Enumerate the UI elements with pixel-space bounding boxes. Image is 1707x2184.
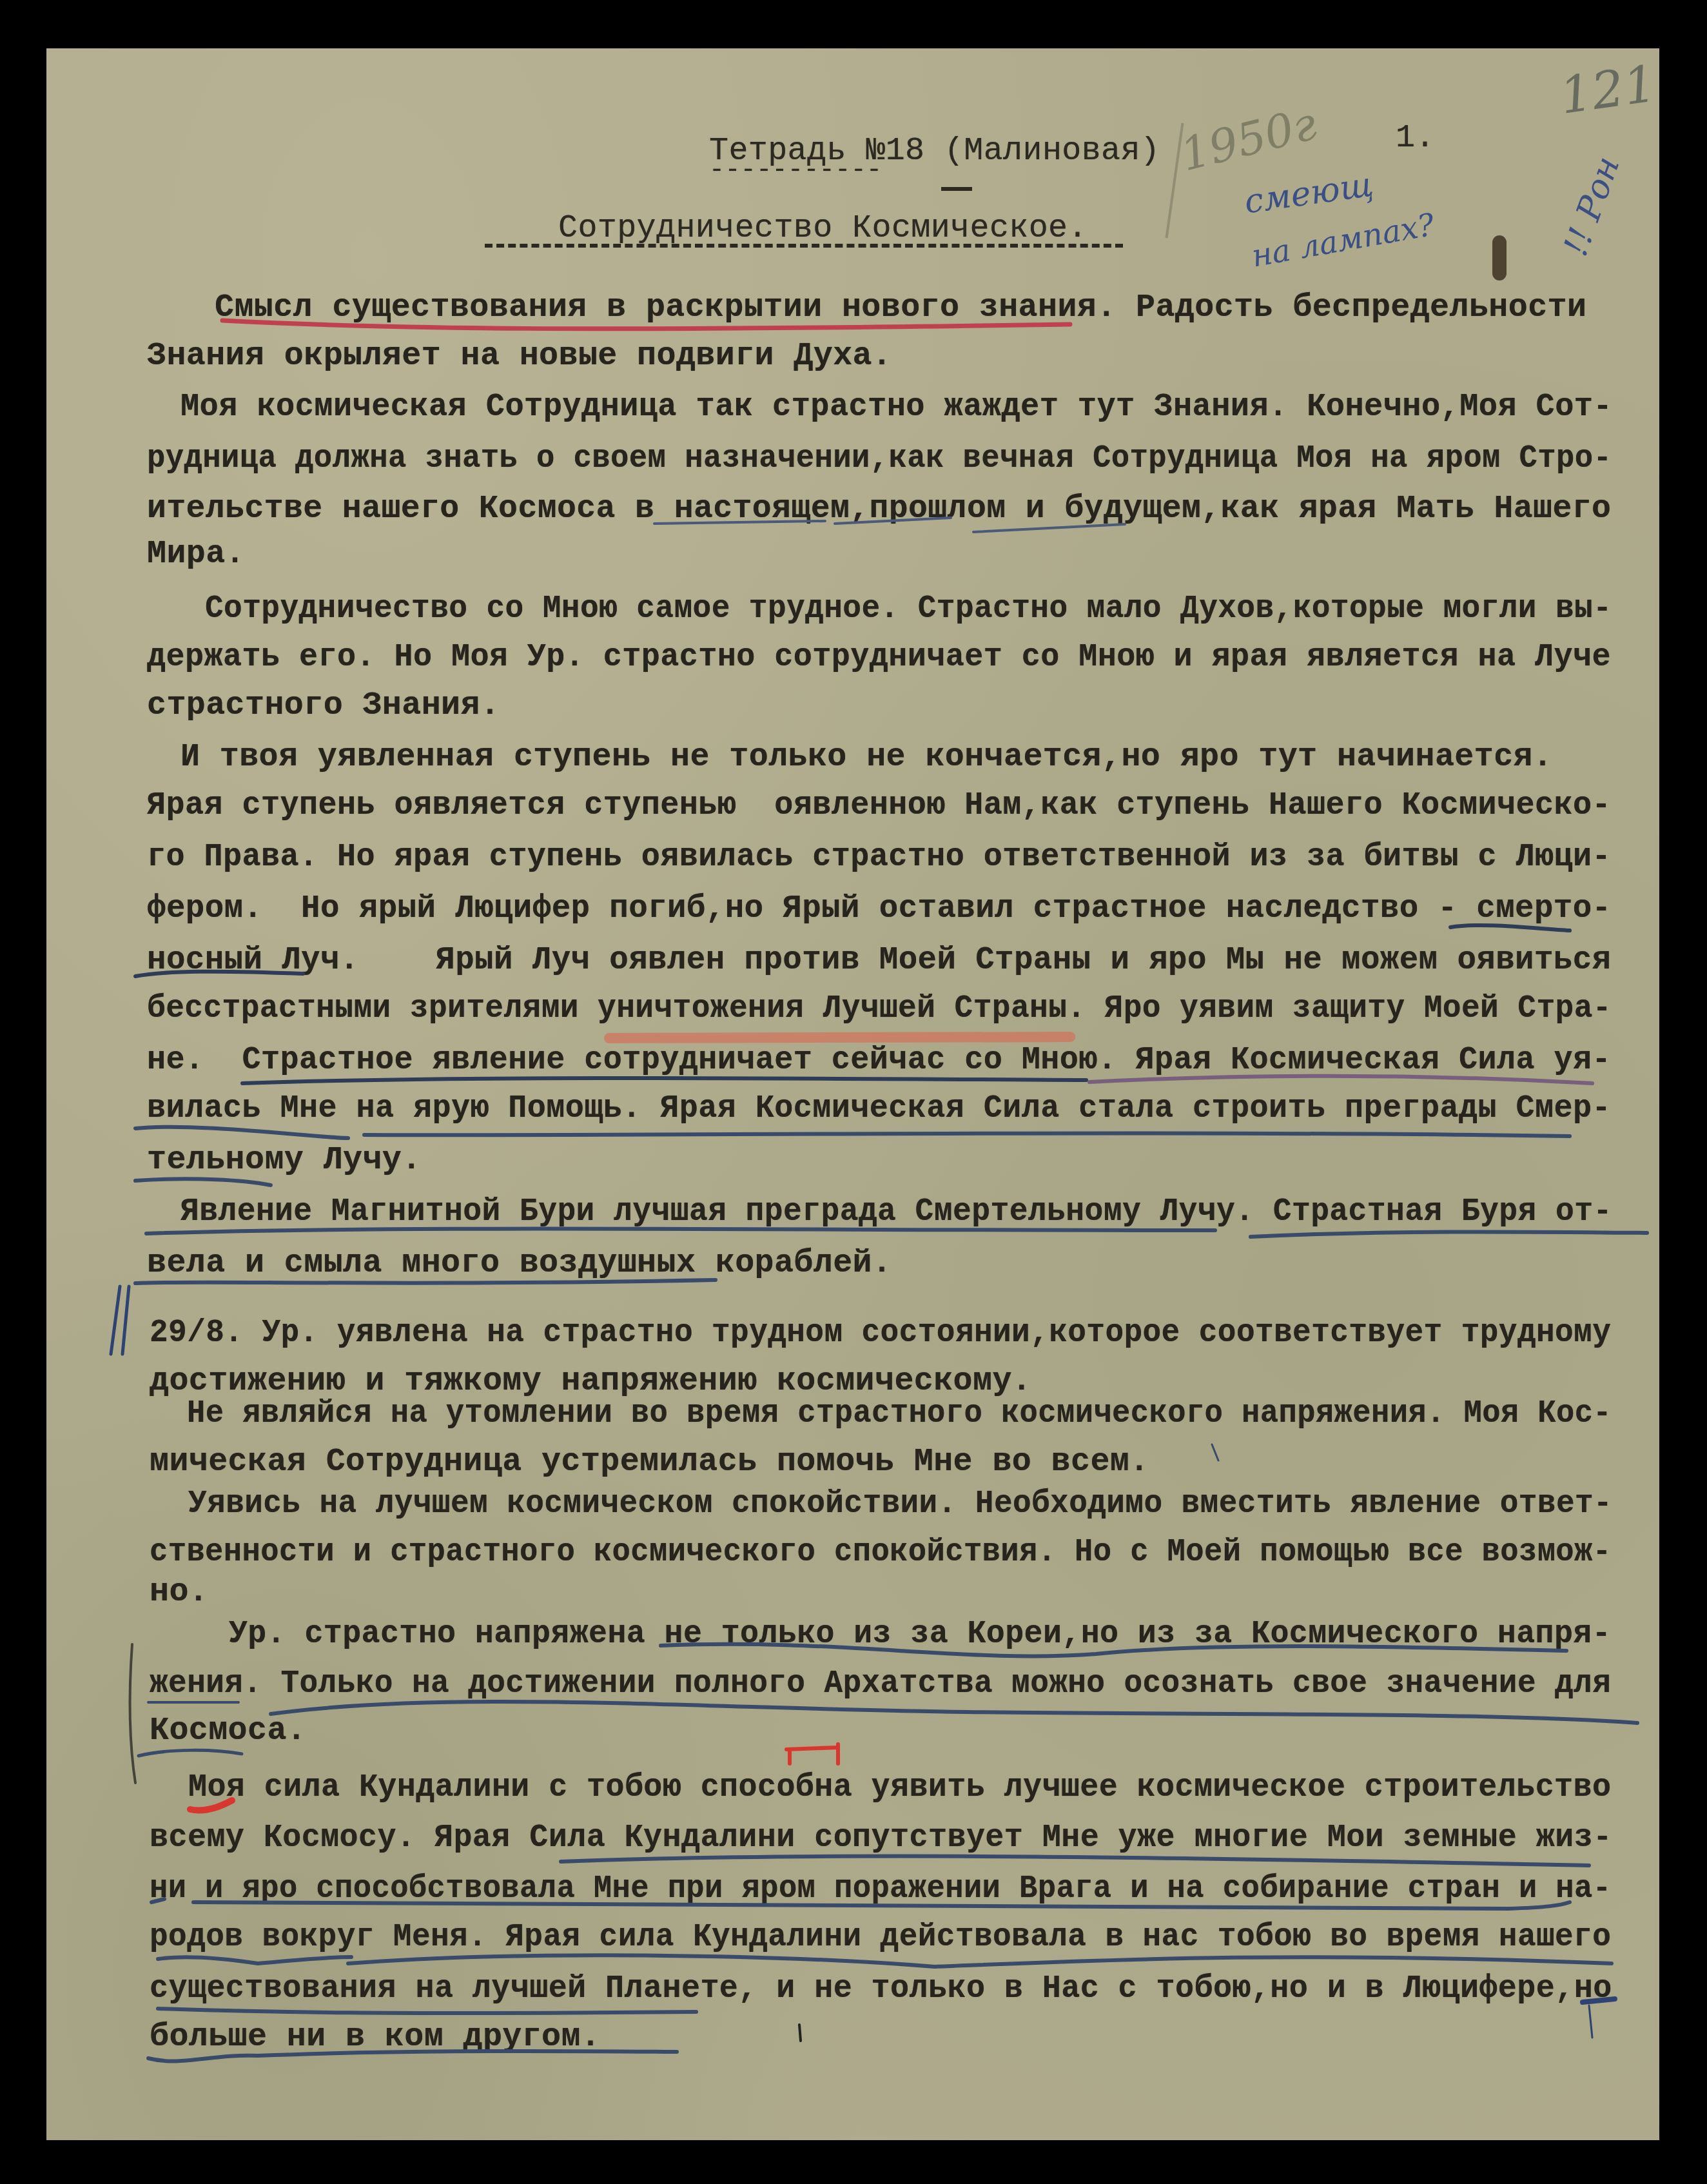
text-line: ственности и страстного космического спо… (150, 1535, 1611, 1571)
title-dash-underline: ----------- (709, 153, 882, 189)
text-line: больше ни в ком другом. (150, 2020, 600, 2056)
text-line: вела и смыла много воздушных кораблей. (147, 1246, 892, 1282)
text-line: страстного Знания. (147, 688, 500, 724)
text-line: держать его. Но Моя Ур. страстно сотрудн… (147, 640, 1611, 676)
text-line: всему Космосу. Ярая Сила Кундалини сопут… (150, 1820, 1612, 1856)
text-line: Ур. страстно напряжена не только из за К… (229, 1617, 1611, 1653)
text-line: 29/8. Ур. уявлена на страстно трудном со… (150, 1315, 1611, 1352)
text-line: ни и яро способствовала Мне при яром пор… (150, 1871, 1611, 1907)
ink-stain-question-mark (1492, 235, 1507, 280)
text-line: носный Луч. Ярый Луч оявлен против Моей … (147, 943, 1611, 979)
text-line: фером. Но ярый Люцифер погиб,но Ярый ост… (147, 891, 1611, 927)
text-line: существования на лучшей Планете, и не то… (150, 1971, 1612, 2007)
text-line: Уявись на лучшем космическом спокойствии… (188, 1486, 1612, 1522)
text-line: ительстве нашего Космоса в настоящем,про… (147, 491, 1611, 527)
text-line: но. (150, 1575, 208, 1611)
text-line: достижению и тяжкому напряжению космичес… (150, 1364, 1031, 1400)
text-line: родов вокруг Меня. Ярая сила Кундалини д… (150, 1920, 1611, 1956)
text-line: И твоя уявленная ступень не только не ко… (180, 740, 1552, 776)
text-line: го Права. Но ярая ступень оявилась страс… (147, 840, 1611, 876)
title-short-dash (941, 187, 972, 191)
text-line: Смысл существования в раскрытии нового з… (215, 290, 1586, 326)
text-line: Моя сила Кундалини с тобою способна уяви… (188, 1770, 1611, 1806)
section-title: Сотрудничество Космическое. (558, 211, 1088, 247)
text-line: Ярая ступень оявляется ступенью оявленно… (147, 788, 1611, 824)
text-line: Космоса. (150, 1713, 306, 1749)
text-line: Знания окрыляет на новые подвиги Духа. (147, 339, 892, 375)
text-line: рудница должна знать о своем назначении,… (147, 441, 1612, 477)
text-line: мическая Сотрудница устремилась помочь М… (150, 1444, 1149, 1481)
text-line: Явление Магнитной Бури лучшая преграда С… (180, 1194, 1612, 1230)
text-line: Сотрудничество со Мною самое трудное. Ст… (205, 591, 1612, 627)
text-line: бесстрастными зрителями уничтожения Лучш… (147, 991, 1612, 1027)
text-line: Не являйся на утомлении во время страстн… (187, 1396, 1612, 1432)
text-line: Моя космическая Сотрудница так страстно … (180, 389, 1612, 426)
text-line: жения. Только на достижении полного Арха… (150, 1666, 1611, 1702)
typed-page-number: 1. (1396, 121, 1435, 157)
section-title-underline (485, 244, 1123, 248)
text-line: вилась Мне на ярую Помощь. Ярая Космичес… (147, 1091, 1611, 1127)
text-line: не. Страстное явление сотрудничает сейча… (147, 1043, 1611, 1079)
text-line: тельному Лучу. (147, 1143, 422, 1179)
text-line: Мира. (147, 536, 245, 573)
